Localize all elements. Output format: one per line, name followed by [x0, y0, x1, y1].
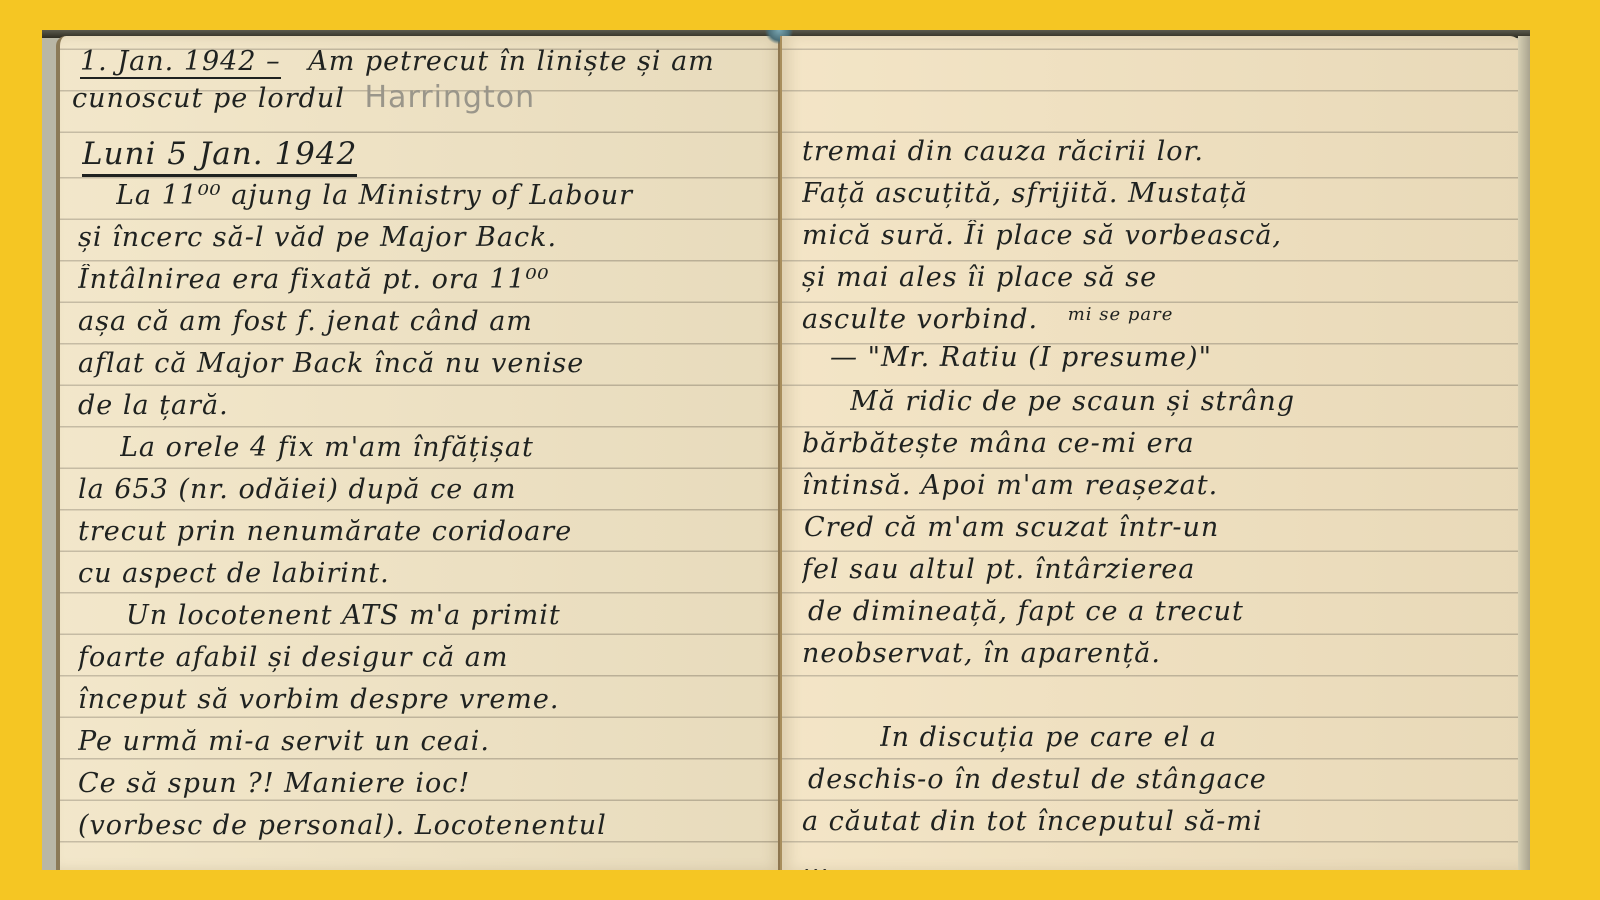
text-line: asculte vorbind. mi se pare [802, 304, 1520, 346]
pencil-annotation: Harrington [365, 80, 536, 115]
text-line: de dimineață, fapt ce a trecut [808, 596, 1520, 638]
text-line: trecut prin nenumărate coridoare [78, 516, 782, 558]
text-line: întinsă. Apoi m'am reașezat. [802, 470, 1520, 512]
text-line: Cred că m'am scuzat într-un [804, 512, 1520, 554]
text-line: La orele 4 fix m'am înfățișat [120, 432, 782, 474]
entry1-line2: cunoscut pe lordul Harrington [72, 80, 782, 122]
text-line: Ce să spun ?! Maniere ioc! [78, 768, 782, 810]
text-line: In discuția pe care el a [880, 722, 1520, 764]
text-line: Un locotenent ATS m'a primit [126, 600, 782, 642]
text-line: Față ascuțită, sfrijită. Mustață [802, 178, 1520, 220]
right-page: tremai din cauza răcirii lor. Față ascuț… [780, 36, 1520, 870]
text-line: a căutat din tot începutul să-mi [802, 806, 1520, 848]
entry1-date: 1. Jan. 1942 – [80, 46, 281, 79]
text-line: aflat că Major Back încă nu venise [78, 348, 782, 390]
notebook-spread: 1. Jan. 1942 – Am petrecut în liniște și… [42, 30, 1530, 870]
left-page: 1. Jan. 1942 – Am petrecut în liniște și… [56, 36, 782, 870]
text-line: tremai din cauza răcirii lor. [802, 136, 1520, 178]
text-line-partial: … [180, 850, 782, 870]
text-line: Mă ridic de pe scaun și strâng [850, 386, 1520, 428]
page-stack-edge [1518, 36, 1530, 870]
text-line-partial: … [802, 848, 1520, 870]
text-line: și mai ales îi place să se [802, 262, 1520, 304]
text-line: Pe urmă mi-a servit un ceai. [78, 726, 782, 768]
text-line: fel sau altul pt. întârzierea [802, 554, 1520, 596]
text-line: de la țară. [78, 390, 782, 432]
text-line: așa că am fost f. jenat când am [78, 306, 782, 348]
text-line: bărbătește mâna ce-mi era [802, 428, 1520, 470]
text-line: Întâlnirea era fixată pt. ora 11⁰⁰ [78, 264, 782, 306]
text-line: (vorbesc de personal). Locotenentul [78, 810, 782, 852]
text-line: foarte afabil și desigur că am [78, 642, 782, 684]
entry2-heading: Luni 5 Jan. 1942 [82, 136, 357, 177]
text-line-main: asculte vorbind. [802, 304, 1038, 335]
entry2-heading-line: Luni 5 Jan. 1942 [82, 136, 782, 182]
text-line: la 653 (nr. odăiei) după ce am [78, 474, 782, 516]
text-line: început să vorbim despre vreme. [78, 684, 782, 726]
yellow-frame: 1. Jan. 1942 – Am petrecut în liniște și… [0, 0, 1600, 900]
text-line: mică sură. Îi place să vorbească, [802, 220, 1520, 262]
text-line: cu aspect de labirint. [78, 558, 782, 600]
entry1-text-line2: cunoscut pe lordul [72, 83, 345, 114]
text-line: La 11⁰⁰ ajung la Ministry of Labour [116, 180, 782, 222]
text-line-blank [802, 680, 1520, 722]
text-line: și încerc să-l văd pe Major Back. [78, 222, 782, 264]
text-line: — "Mr. Ratiu (I presume)" [830, 342, 1520, 384]
entry1-text: Am petrecut în liniște și am [308, 46, 715, 77]
text-line: deschis-o în destul de stângace [808, 764, 1520, 806]
interlinear-note: mi se pare [1068, 304, 1174, 325]
text-line: neobservat, în aparență. [802, 638, 1520, 680]
